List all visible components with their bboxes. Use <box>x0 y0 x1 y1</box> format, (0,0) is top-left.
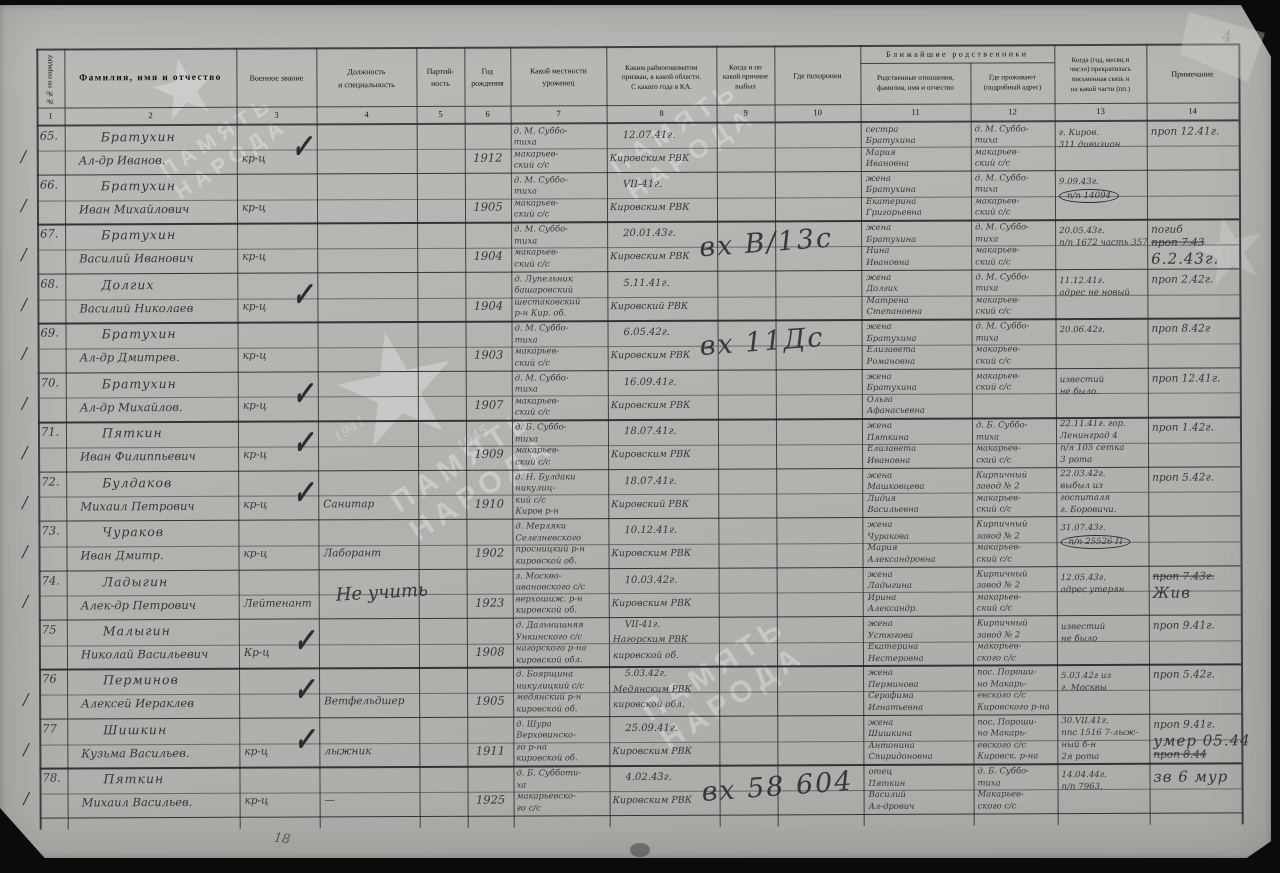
column-line <box>64 49 68 830</box>
enlist-date: 10.03.42г. <box>625 574 678 585</box>
birth-year: 1902 <box>466 546 512 560</box>
given-name: Василий Иванович <box>79 251 193 265</box>
origin-place: д. Мерляки Селезневского просницкий р-н … <box>515 520 607 566</box>
column-number: 4 <box>317 109 417 119</box>
last-contact-line: 14.04.44г. <box>1061 770 1147 780</box>
position: лыжник <box>324 745 371 757</box>
relative-address: д. М. Суббо- тиха макарьев- ский с/с <box>975 222 1054 268</box>
scan-edge-bottom <box>0 858 1280 873</box>
enlist-date: 6.05.42г. <box>624 327 670 338</box>
relative-name: жена Чуракова Мария Александровна <box>867 519 971 565</box>
scan-edge-top <box>0 0 1280 5</box>
last-contact-line: 22.11.41г. гор. <box>1060 419 1146 429</box>
contact-value: адрес не новый <box>1059 288 1130 298</box>
last-contact-line: 20.06.42г. <box>1060 325 1146 335</box>
given-name: Иван Дмитр. <box>80 548 163 562</box>
enlist-rvk: Кировским РВК <box>611 350 691 361</box>
relative-address: макарьев- ский с/с <box>976 370 1055 393</box>
column-line <box>1146 44 1150 825</box>
surname: Перминов <box>103 672 179 687</box>
column-number: 13 <box>1055 106 1147 116</box>
last-contact-line: адрес утерян <box>1061 584 1147 594</box>
rank: Лейтенант <box>244 597 312 609</box>
paper-tear <box>630 843 650 857</box>
numbers-underline <box>37 119 1239 126</box>
last-contact-line: ный б-н <box>1061 740 1147 750</box>
remark-line: проп 7.43 <box>1151 237 1237 249</box>
row-number: 78. <box>42 771 66 785</box>
row-number: 75 <box>42 623 66 637</box>
origin-place: д. Дальнишняя Ункинского с/с нагорского … <box>516 619 608 665</box>
row-separator <box>39 763 1241 770</box>
row-number: 77 <box>42 721 66 735</box>
contact-value: 12.05.43г. <box>1061 573 1106 583</box>
surname: Пяткин <box>102 425 163 440</box>
column-line <box>716 46 720 827</box>
col-header-relative-name: Родственные отношения, фамилия, имя и от… <box>860 65 970 103</box>
enlist-rvk: Кировским РВК <box>610 202 690 213</box>
origin-place: д. М. Суббо- тиха макарьев- ский с/с <box>515 322 607 368</box>
col-header-departed: Когда и по какой причине выбыл <box>716 49 774 103</box>
row-number: 67. <box>40 227 64 241</box>
enlist-rvk: Кировским РВК <box>613 795 693 806</box>
column-number: 8 <box>607 108 717 118</box>
enlist-line: Медянским РВК <box>613 685 691 695</box>
last-contact-line: 31.07.43г. <box>1060 523 1146 533</box>
contact-value: 22.03.42г. <box>1060 469 1105 479</box>
watermark-year: 1941 <box>330 413 369 446</box>
rank: кр-ц <box>243 498 267 510</box>
enlist-line: 5.03.42г. <box>625 669 667 679</box>
last-contact-line: п/п 1672 часть 357 <box>1059 238 1145 248</box>
last-contact-line: не было <box>1061 634 1147 644</box>
column-number: 2 <box>65 110 237 121</box>
enlist-rvk: Кировским РВК <box>611 449 691 460</box>
contact-value: ппс 1516 7-лыж- <box>1061 728 1138 738</box>
column-number: 9 <box>717 107 775 117</box>
last-contact-line: 22.03.42г. <box>1060 468 1146 478</box>
contact-value: 31.07.43г. <box>1060 523 1105 533</box>
last-contact-line: г. Боровичи. <box>1060 504 1146 514</box>
relative-name: отец Пяткин Василий Ал-дрович <box>868 766 972 812</box>
remark-line: Жив <box>1153 583 1239 601</box>
contact-value: выбыл из <box>1060 481 1103 491</box>
rank: кр-ц <box>243 449 267 461</box>
enlist-line: VII-41г. <box>625 620 661 630</box>
check-mark: ✓ <box>292 374 313 412</box>
relative-name: жена Братухина Нина Ивановна <box>866 222 970 268</box>
row-number: 69. <box>41 326 65 340</box>
rank: кр-ц <box>243 350 267 362</box>
row-number: 71. <box>41 425 65 439</box>
registry-mark-script: вх В/13с <box>698 223 834 264</box>
relative-name: жена Долгих Матрена Степановна <box>866 271 970 317</box>
column-line <box>416 47 420 828</box>
remark-line: проп 12.41г. <box>1151 125 1237 137</box>
last-contact-line: известий <box>1060 375 1146 385</box>
given-name: Ал-др Дмитрев. <box>80 350 180 364</box>
col-header-name: Фамилия, имя и отчество <box>64 52 236 107</box>
remark-line: проп 7.43г. <box>1153 570 1239 582</box>
last-contact-line: 311 дивизион <box>1059 139 1145 149</box>
last-contact-line: 5.03.42г из <box>1061 671 1147 681</box>
column-number: 6 <box>465 109 511 119</box>
row-number: 65. <box>40 128 64 142</box>
surname: Булдаков <box>102 475 172 490</box>
col-header-position: Должность и специальность <box>316 51 416 105</box>
column-number: 12 <box>971 106 1055 116</box>
given-name: Кузьма Васильев. <box>81 746 189 760</box>
last-contact-line: п/п 25526 П <box>1060 535 1146 549</box>
contact-value: 9.09.43г. <box>1059 177 1099 187</box>
row-number: 66. <box>40 177 64 191</box>
rank: кр-ц <box>242 152 266 164</box>
last-contact-line: 30.VII.41г. <box>1061 716 1147 726</box>
remark-line: проп 9.41г. <box>1153 718 1239 730</box>
contact-value: п/я 105 сетка <box>1060 443 1124 453</box>
column-number: 3 <box>237 109 317 119</box>
remark-line: 6.2.43г. <box>1151 250 1237 268</box>
rank: кр-ц <box>244 746 268 758</box>
contact-value: п/п 1672 часть 357 <box>1059 238 1148 248</box>
last-contact-line: известий <box>1061 622 1147 632</box>
contact-value: 30.VII.41г. <box>1061 716 1108 726</box>
contact-value: 20.05.43г. <box>1059 226 1104 236</box>
column-line <box>36 49 41 830</box>
row-separator <box>37 268 1239 275</box>
last-contact-line: не было. <box>1060 387 1146 397</box>
surname: Ладыгин <box>103 574 169 589</box>
rank: кр-ц <box>242 202 266 214</box>
relative-address: Кирпичный завод № 2 макарьев- ский с/с <box>976 518 1055 564</box>
column-number: 7 <box>511 108 607 118</box>
surname: Братухин <box>101 178 176 193</box>
col-header-rank: Военное звание <box>236 51 316 105</box>
surname: Малыгин <box>103 623 171 638</box>
origin-place: д. Н. Булдаки никулиц- кий с/с Киров р-н <box>515 471 607 517</box>
col-header-buried: Где похоронен <box>774 49 860 103</box>
remark-line: проп 5.42г. <box>1152 471 1238 483</box>
column-line <box>774 45 778 826</box>
birth-year: 1903 <box>466 348 512 362</box>
check-mark: ✓ <box>291 127 312 165</box>
relative-name: жена Шишкина Антонина Спиридоновна <box>868 716 972 762</box>
given-name: Ал-др Иванов. <box>79 153 166 167</box>
rank: кр-ц <box>243 548 267 560</box>
given-name: Ал-др Михайлов. <box>80 400 183 414</box>
column-number: 11 <box>861 107 971 117</box>
margin-check-mark: ∕ <box>23 591 28 610</box>
origin-place: д. М. Суббо- тиха макарьев- ский с/с <box>514 125 606 171</box>
given-name: Алексей Иераклев <box>81 696 194 710</box>
row-separator <box>39 565 1241 572</box>
relative-name: жена Машковцева Лидия Васильевна <box>867 469 971 515</box>
margin-check-mark: ∕ <box>23 740 28 759</box>
contact-value: известий <box>1061 622 1105 632</box>
origin-place: д. Б. Субботи- ха макарьевско- го с/с <box>516 767 608 813</box>
enlist-date: 20.01.43г. <box>623 228 676 239</box>
origin-place: д. М. Суббо- тиха макарьев- ский с/с <box>515 372 607 418</box>
relative-address: д. М. Суббо- тиха макарьев- ский с/с <box>975 172 1054 218</box>
birth-year: 1925 <box>468 793 514 807</box>
last-contact-line: п/п 7963. <box>1062 782 1148 792</box>
surname: Братухин <box>102 376 177 391</box>
given-name: Михаил Васильев. <box>82 795 193 809</box>
column-number: 1 <box>37 111 65 121</box>
origin-place: д. Лупельник башаровский шестаковский р-… <box>514 273 606 319</box>
rank: Кр-ц <box>244 647 270 659</box>
remark-line: проп 2.42г. <box>1151 273 1237 285</box>
relative-name: жена Братухина Елизавета Романовна <box>866 321 970 367</box>
contact-value: г. Боровичи. <box>1060 505 1116 515</box>
relative-name: жена Братухина Екатерина Григорьевна <box>866 172 970 218</box>
origin-place: д. Боярщина никулицкий с/с медянский р-н… <box>516 669 608 715</box>
position: Санитар <box>323 498 374 510</box>
enlist-date: 25.09.41г. <box>625 723 678 734</box>
last-contact-line: 3 рота <box>1060 455 1146 465</box>
given-name: Алек-др Петрович <box>81 597 196 612</box>
remark-line: проп 5.42г. <box>1153 669 1239 681</box>
surname: Чураков <box>102 524 164 539</box>
relative-address: д. М. Суббо- тиха макарьев- ский с/с <box>975 271 1054 317</box>
column-line <box>316 47 320 828</box>
row-number: 76 <box>42 672 66 686</box>
last-contact-line: 12.05.43г. <box>1061 572 1147 582</box>
row-separator <box>40 812 1242 819</box>
contact-value: 2я рота <box>1061 752 1099 762</box>
position-script: Не учить <box>335 579 428 605</box>
contact-value: ный б-н <box>1061 740 1096 750</box>
last-contact-line: 9.09.43г. <box>1059 177 1145 187</box>
relative-address: д. М. Суббо- тиха макарьев- ский с/с <box>975 320 1054 366</box>
column-number: 5 <box>417 109 465 119</box>
col-header-origin: Какой местности уроженец <box>510 50 606 104</box>
last-contact-line: 11.12.41г. <box>1059 276 1145 286</box>
column-line <box>236 48 240 829</box>
contact-value: г. Киров. <box>1059 127 1099 137</box>
surname: Братухин <box>101 227 176 242</box>
last-contact-line: адрес не новый <box>1059 288 1145 298</box>
contact-value: не было <box>1061 634 1097 644</box>
surname: Братухин <box>101 129 176 144</box>
contact-value: п/п 7963. <box>1062 782 1103 792</box>
contact-value: п/п 25526 П <box>1060 535 1130 549</box>
contact-value: не было. <box>1060 387 1099 397</box>
enlist-date: 5.11.41г. <box>623 278 669 289</box>
row-separator <box>38 367 1240 374</box>
last-contact-line: выбыл из <box>1060 480 1146 490</box>
enlist-line: Нагорским РВК <box>613 635 688 645</box>
last-contact-line: г. Киров. <box>1059 127 1145 137</box>
relative-address: д. Б. Суббо- тиха Макарьев- ского с/с <box>977 766 1056 812</box>
col-header-index: №№ по порядку <box>37 53 63 107</box>
position: Лаборант <box>323 547 381 559</box>
margin-check-mark: ∕ <box>22 393 27 412</box>
row-number: 68. <box>40 276 64 290</box>
relative-address: д. Б. Суббо- тиха макарьев- ский с/с <box>976 419 1055 465</box>
birth-year: 1907 <box>466 397 512 411</box>
relative-name: жена Ладыгина Ирина Александр. <box>868 568 972 614</box>
enlist-rvk: Кировский РВК <box>611 498 689 509</box>
given-name: Николай Васильевич <box>81 647 208 662</box>
birth-year: 1905 <box>465 199 511 213</box>
scan-edge-right <box>1271 0 1280 873</box>
contact-value: 11.12.41г. <box>1059 276 1104 286</box>
remark-line: умер 05.44 <box>1153 731 1239 749</box>
contact-value: п/п 14094 <box>1059 189 1119 203</box>
rank: кр-ц <box>243 399 267 411</box>
check-mark: ✓ <box>293 424 314 462</box>
birth-year: 1904 <box>465 298 511 312</box>
given-name: Михаил Петрович <box>80 499 194 513</box>
ledger-table: ★ ПАМЯТЬ НАРОДА ПАМЯТЬ НАРОДА ★ 1941 194… <box>0 0 1280 873</box>
last-contact-line: п/я 105 сетка <box>1060 443 1146 453</box>
enlist-rvk: Кировским РВК <box>611 400 691 411</box>
position: — <box>325 795 336 807</box>
margin-check-mark: ∕ <box>22 542 27 561</box>
given-name: Василий Николаев <box>79 301 193 315</box>
check-mark: ✓ <box>292 275 313 313</box>
column-line <box>860 45 864 826</box>
origin-place: д. М. Суббо- тиха макарьев- ский с/с <box>514 224 606 270</box>
remark-line: проп 1.42г. <box>1152 422 1238 434</box>
column-number: 14 <box>1147 105 1239 115</box>
row-separator <box>37 169 1239 176</box>
margin-check-mark: ∕ <box>21 245 26 264</box>
enlist-date: 16.09.41г. <box>624 377 677 388</box>
rank: кр-ц <box>245 795 269 807</box>
enlist-rvk: Кировским РВК <box>612 746 692 757</box>
last-contact-line: п/п 14094 <box>1059 189 1145 203</box>
origin-place: д. М. Суббо- тиха макарьев- ский с/с <box>514 174 606 220</box>
registry-mark-script: вх 58 604 <box>701 766 855 808</box>
star-watermark: ★ <box>313 289 481 488</box>
check-mark: ✓ <box>293 473 314 511</box>
relative-address: Кирпичный завод № 2 макорьев- ского с/с <box>977 617 1056 663</box>
enlist-rvk: Кировским РВК <box>611 548 691 559</box>
margin-check-mark: ∕ <box>24 789 29 808</box>
col-header-last-contact: Когда (год, месяц и число) прекратилась … <box>1054 48 1146 102</box>
relative-name: жена Пяткина Елизавета Ивановна <box>867 420 971 466</box>
birth-year: 1908 <box>467 645 513 659</box>
enlist-date: 12.07.41г. <box>623 129 676 140</box>
relative-address: пос. Пороши- но Макарь- евского с/с Киро… <box>977 667 1056 713</box>
row-number: 73. <box>41 524 65 538</box>
relative-address: пос. Пороши- но Макарь- евского с/с Киро… <box>977 716 1056 762</box>
row-separator <box>37 219 1239 226</box>
contact-value: 20.06.42г. <box>1060 325 1105 335</box>
margin-check-mark: ∕ <box>22 492 27 511</box>
last-contact-line: 2я рота <box>1061 752 1147 762</box>
enlist-date: 18.07.41г. <box>624 475 677 486</box>
row-number: 70. <box>41 375 65 389</box>
contact-value: г. Москвы <box>1061 683 1107 693</box>
birth-year: 1910 <box>466 496 512 510</box>
relative-name: жена Перминова Серафима Игнатьевна <box>868 667 972 713</box>
relative-address: Кирпичный завод № 2 макарьев- ский с/с <box>977 568 1056 614</box>
birth-year: 1912 <box>465 150 511 164</box>
row-separator <box>38 515 1240 522</box>
remark-line: зв 6 мур <box>1153 768 1239 786</box>
remark-line: проп 9.41г. <box>1153 619 1239 631</box>
last-contact-line: г. Москвы <box>1061 683 1147 693</box>
rank: кр-ц <box>242 251 266 263</box>
enlist-date: 10.12.41г. <box>624 525 677 536</box>
check-mark: ✓ <box>294 671 315 709</box>
enlist-rvk: Кировским РВК <box>612 597 692 608</box>
remark-line: проп 8.42г <box>1152 323 1238 335</box>
margin-check-mark: ∕ <box>22 443 27 462</box>
row-number: 74. <box>42 573 66 587</box>
margin-check-mark: ∕ <box>21 196 26 215</box>
last-contact-line: 20.05.43г. <box>1059 226 1145 236</box>
birth-year: 1904 <box>465 249 511 263</box>
relative-name: сестра Братухина Мария Ивановна <box>866 123 970 169</box>
enlist-rvk: Кировский РВК <box>610 301 688 312</box>
relative-address: д. М. Суббо- тиха макарьев- ский с/с <box>975 123 1054 169</box>
contact-value: 5.03.42г из <box>1061 671 1111 681</box>
contact-value: 22.11.41г. гор. <box>1060 419 1126 429</box>
contact-value: адрес утерян <box>1061 584 1125 594</box>
enlist-line: кировской обл. <box>613 700 685 710</box>
memory-watermark: ПАМЯТЬ НАРОДА <box>636 610 812 758</box>
enlist-date: 4.02.43г. <box>625 772 671 783</box>
last-contact-line: Ленинград 4 <box>1060 431 1146 441</box>
surname: Братухин <box>102 326 177 341</box>
contact-value: Ленинград 4 <box>1060 431 1118 441</box>
col-header-birth-year: Год рождения <box>464 51 510 105</box>
contact-value: 14.04.44г. <box>1061 770 1106 780</box>
check-mark: ✓ <box>294 720 315 758</box>
margin-check-mark: ∕ <box>23 690 28 709</box>
col-group-relatives: Ближайшие родственники <box>860 47 1054 62</box>
origin-place: з. Москво- ивановского с/с верхошиж. р-н… <box>516 570 608 616</box>
rank: кр-ц <box>242 300 266 312</box>
surname: Пяткин <box>103 771 164 786</box>
row-separator <box>37 318 1239 325</box>
enlist-rvk: Кировским РВК <box>610 251 690 262</box>
relative-name: жена Устюгова Екатерина Нестеровна <box>868 618 972 664</box>
remark-line: проп 12.41г. <box>1152 372 1238 384</box>
last-contact-line: ппс 1516 7-лыж- <box>1061 728 1147 738</box>
relative-address: Кирпичный завод № 2 макарьев- ский с/с <box>976 469 1055 515</box>
margin-check-mark: ∕ <box>21 295 26 314</box>
surname: Шишкин <box>103 722 167 737</box>
birth-year: 1911 <box>467 743 513 757</box>
contact-value: известий <box>1060 375 1104 385</box>
contact-value: госпиталя <box>1060 493 1110 503</box>
given-name: Иван Филиппьевич <box>80 449 196 464</box>
margin-check-mark: ∕ <box>21 146 26 165</box>
pencil-page-number-bottom: 18 <box>273 831 291 848</box>
check-mark: ✓ <box>293 621 314 659</box>
scanned-document: ★ ПАМЯТЬ НАРОДА ПАМЯТЬ НАРОДА ★ 1941 194… <box>0 0 1280 873</box>
origin-place: д. Шура Верховинско- го р-на кировской о… <box>516 718 608 764</box>
col-header-enlisted-by: Каким райвоенкоматом призван, в какой об… <box>606 50 716 104</box>
remark-line: проп 8.44 <box>1153 748 1239 760</box>
contact-value: 3 рота <box>1060 455 1092 465</box>
column-line <box>1238 43 1243 824</box>
contact-value: 311 дивизион <box>1059 139 1121 149</box>
margin-check-mark: ∕ <box>22 344 27 363</box>
column-number: 10 <box>775 107 861 117</box>
enlist-rvk: Кировским РВК <box>610 152 690 163</box>
enlist-date: 18.07.41г. <box>624 426 677 437</box>
birth-year: 1905 <box>467 694 513 708</box>
relative-name: жена Братухина Ольга Афанасьевна <box>867 370 971 416</box>
surname: Долгих <box>101 277 154 292</box>
given-name: Иван Михайлович <box>79 202 189 216</box>
